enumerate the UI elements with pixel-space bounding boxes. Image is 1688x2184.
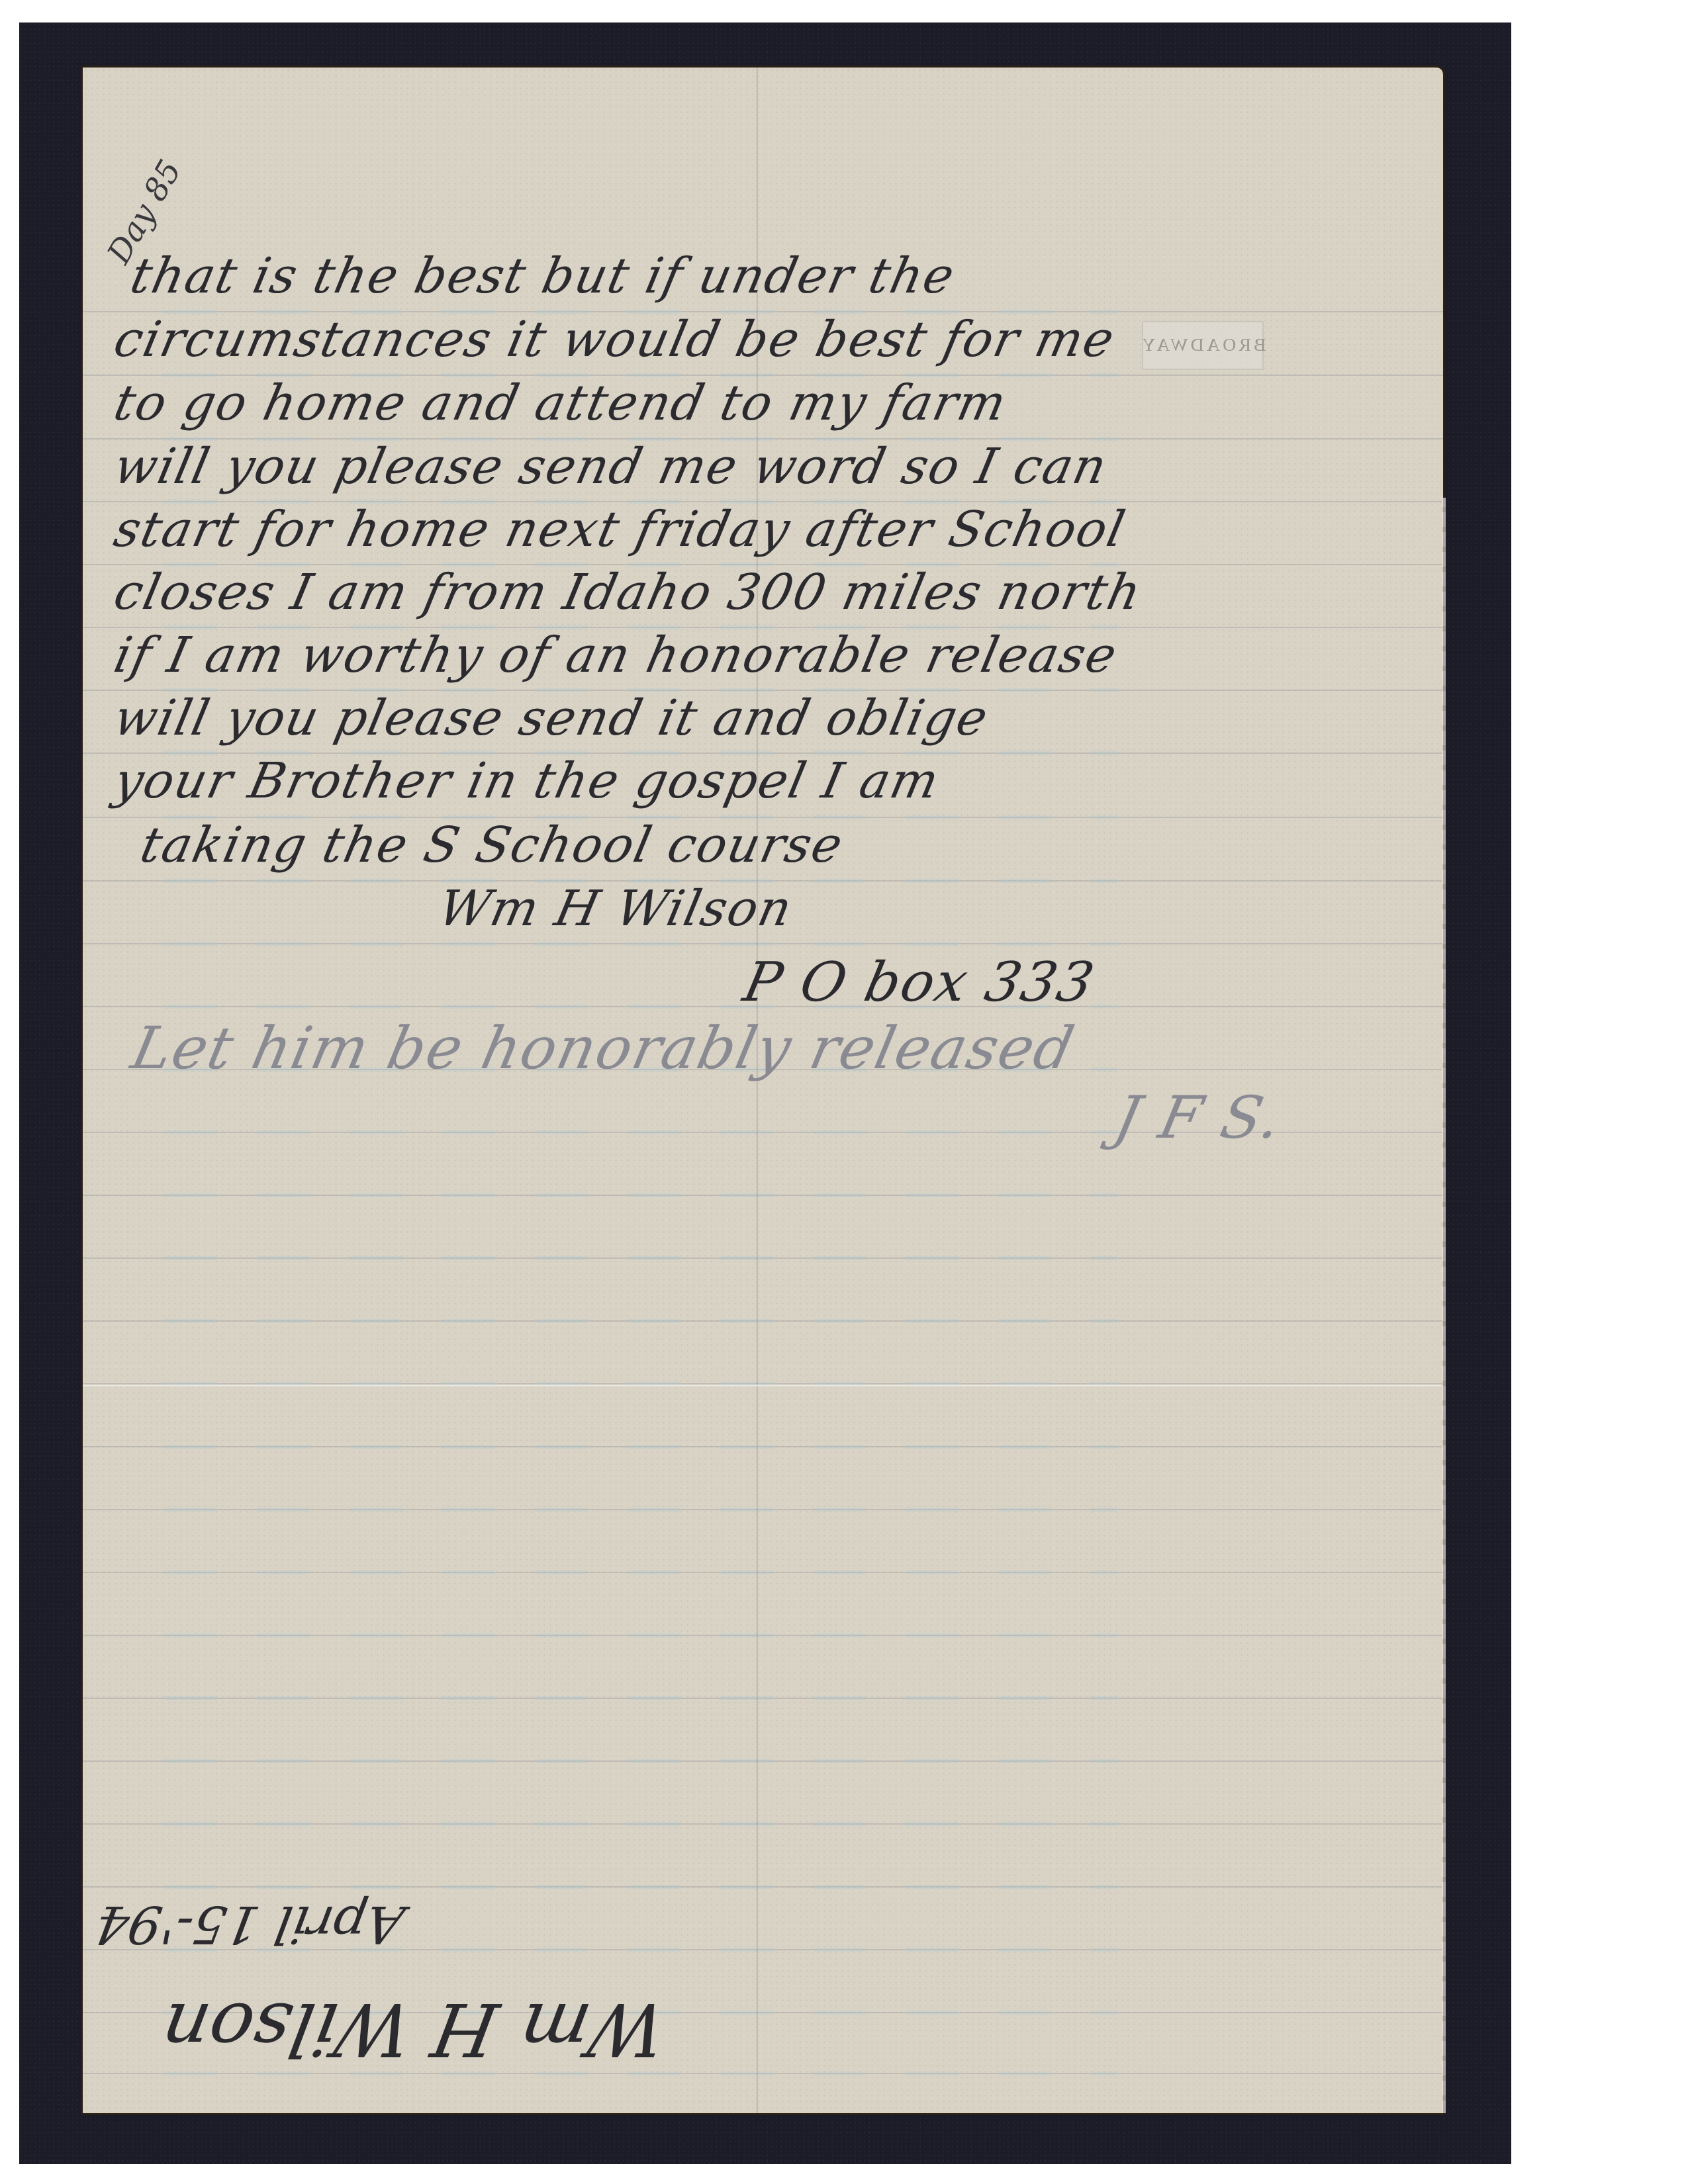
letter-line: that is the best but if under the xyxy=(126,248,961,304)
ruled-line xyxy=(83,943,1443,944)
ruled-line xyxy=(83,1823,1443,1825)
ruled-line xyxy=(83,1446,1443,1447)
embossed-stationery-stamp: BROADWAY xyxy=(1142,321,1264,370)
signature: Wm H Wilson xyxy=(434,880,798,937)
letter-line: start for home next friday after School xyxy=(109,501,1131,558)
letter-line: closes I am from Idaho 300 miles north xyxy=(109,564,1147,621)
ruled-line xyxy=(83,1886,1443,1888)
endorsement-text: Let him be honorably released xyxy=(126,1014,1081,1082)
ruled-line xyxy=(83,1572,1443,1573)
ruled-line xyxy=(83,1635,1443,1636)
ruled-line xyxy=(83,1760,1443,1762)
letter-line: to go home and attend to my farm xyxy=(109,375,1012,432)
letter-line: circumstances it would be best for me xyxy=(109,311,1120,368)
letter-page: BROADWAY Day 85 that is the best but if … xyxy=(83,68,1443,2113)
letter-line: if I am worthy of an honorable release xyxy=(109,627,1123,684)
horizontal-crease xyxy=(83,1385,1443,1387)
letter-line: will you please send me word so I can xyxy=(109,438,1113,495)
ruled-line xyxy=(83,1320,1443,1322)
ruled-line xyxy=(83,2073,1443,2074)
docket-name: Wm H Wilson xyxy=(155,1987,672,2071)
ruled-line xyxy=(83,1509,1443,1510)
ruled-line xyxy=(83,1698,1443,1699)
docket-date: April 15-'94 xyxy=(91,1894,408,1954)
letter-line: your Brother in the gospel I am xyxy=(109,752,945,809)
endorsement-initials: J F S. xyxy=(1109,1083,1288,1152)
po-box-address: P O box 333 xyxy=(738,951,1100,1014)
ruled-line xyxy=(83,1257,1443,1259)
ruled-line xyxy=(83,1195,1443,1196)
letter-line: taking the S School course xyxy=(136,817,849,874)
letter-line: will you please send it and oblige xyxy=(109,690,994,747)
